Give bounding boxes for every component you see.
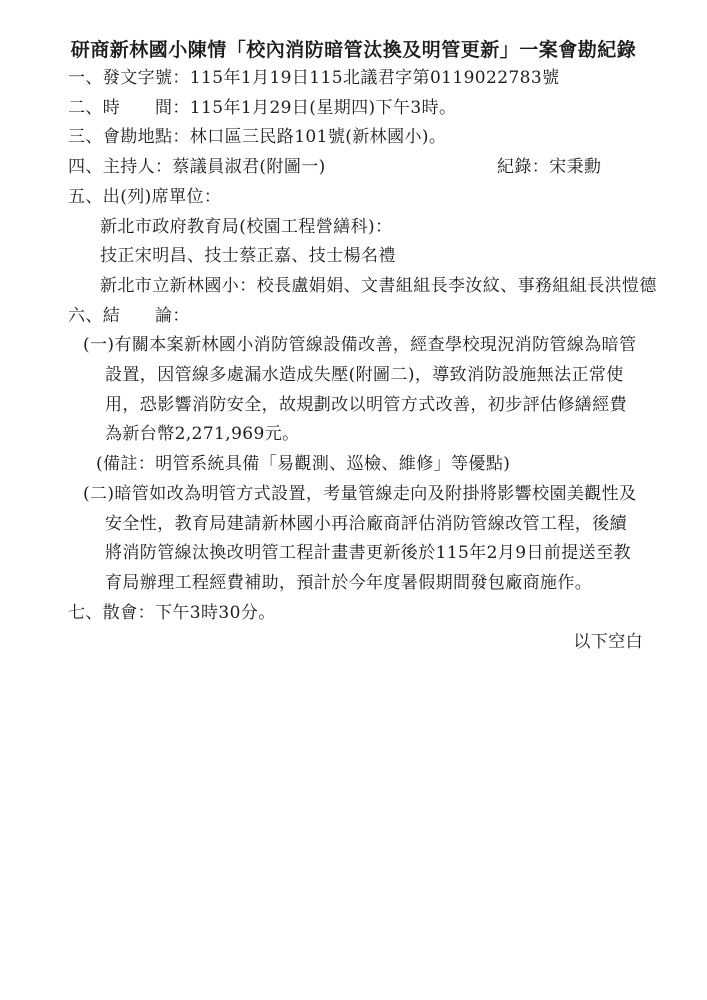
attendee-line: 新北市立新林國小：校長盧娟娟、文書組組長李汝紋、事務組組長洪愷德 (0, 272, 707, 302)
field-doc-number: 一、發文字號：115年1月19日115北議君字第0119022783號 (0, 64, 707, 94)
conclusion-1-line: 設置，因管線多處漏水造成失壓(附圖二)，導致消防設施無法正常使 (0, 361, 707, 391)
conclusion-1-line: 為新台幣2,271,969元。 (0, 420, 707, 450)
field-meeting-location: 三、會勘地點：林口區三民路101號(新林國小)。 (0, 123, 707, 153)
host-label: 四、主持人：蔡議員淑君(附圖一) (68, 157, 326, 177)
end-of-document-note: 以下空白 (0, 628, 707, 658)
conclusion-2-line: 育局辦理工程經費補助，預計於今年度暑假期間發包廠商施作。 (0, 569, 707, 599)
field-host: 四、主持人：蔡議員淑君(附圖一) 紀錄：宋秉勳 (0, 153, 707, 183)
section-attendees-heading: 五、出(列)席單位： (0, 183, 707, 213)
conclusion-2-line: 安全性，教育局建請新林國小再洽廠商評估消防管線改管工程，後續 (0, 510, 707, 540)
attendee-line: 技正宋明昌、技士蔡正嘉、技士楊名禮 (0, 242, 707, 272)
conclusion-1-note-line: (備註：明管系統具備「易觀測、巡檢、維修」等優點) (0, 450, 707, 480)
conclusion-2-line: 將消防管線汰換改明管工程計畫書更新後於115年2月9日前提送至教 (0, 539, 707, 569)
attendee-line: 新北市政府教育局(校園工程營繕科)： (0, 213, 707, 243)
conclusion-1-line: (一)有關本案新林國小消防管線設備改善，經查學校現況消防管線為暗管 (0, 331, 707, 361)
section-conclusion-heading: 六、結 論： (0, 302, 707, 332)
page-title: 研商新林國小陳情「校內消防暗管汰換及明管更新」一案會勘紀錄 (0, 36, 707, 64)
recorder-label: 紀錄：宋秉勳 (497, 153, 601, 183)
field-adjournment: 七、散會：下午3時30分。 (0, 599, 707, 629)
conclusion-2-line: (二)暗管如改為明管方式設置，考量管線走向及附掛將影響校園美觀性及 (0, 480, 707, 510)
conclusion-1-line: 用，恐影響消防安全，故規劃改以明管方式改善，初步評估修繕經費 (0, 391, 707, 421)
field-meeting-time: 二、時 間：115年1月29日(星期四)下午3時。 (0, 94, 707, 124)
document-page: 研商新林國小陳情「校內消防暗管汰換及明管更新」一案會勘紀錄 一、發文字號：115… (0, 0, 707, 1000)
